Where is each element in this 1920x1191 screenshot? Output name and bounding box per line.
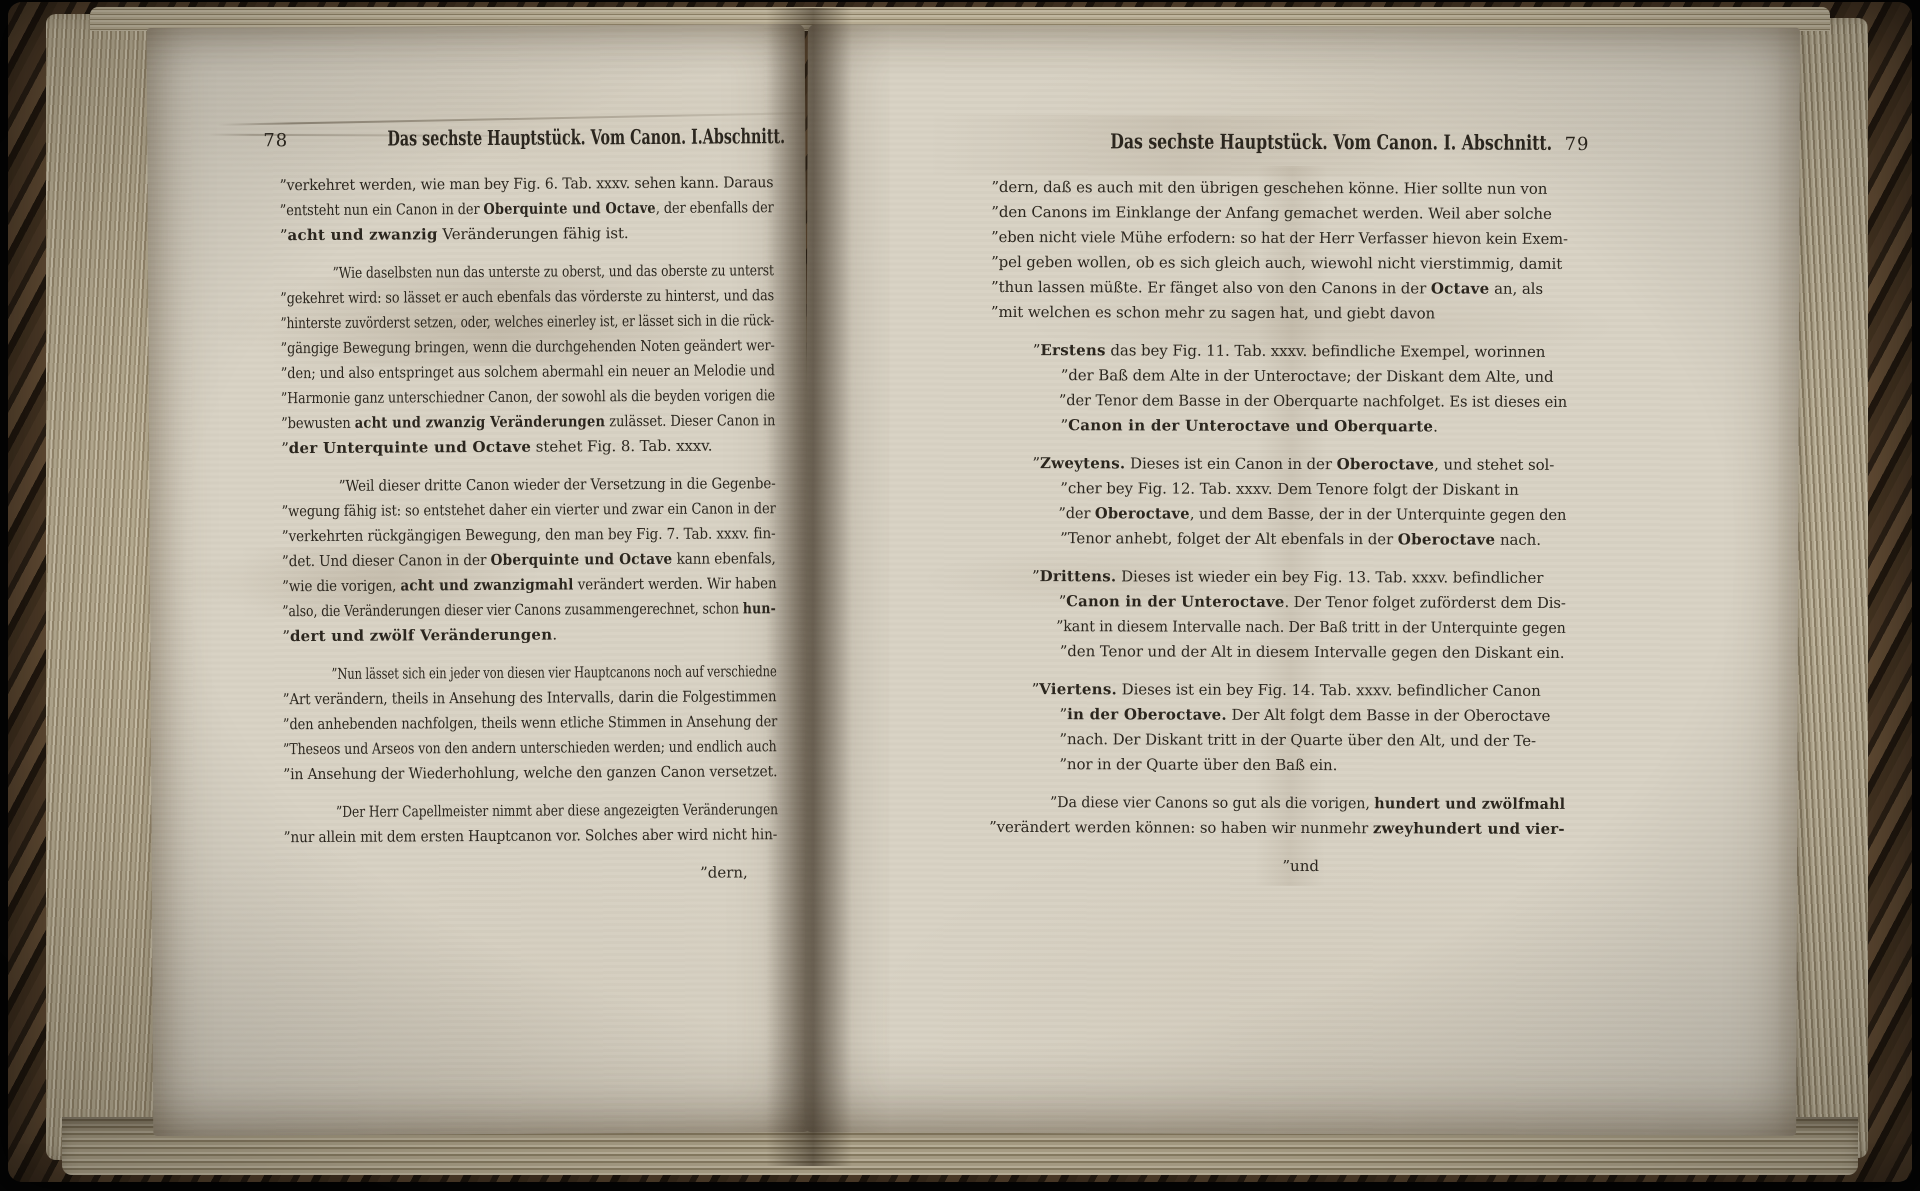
- left-page: 78 Das sechste Hauptstück. Vom Canon. I.…: [147, 24, 812, 1136]
- paragraph: ”Der Herr Capellmeister nimmt aber diese…: [283, 797, 777, 850]
- paragraph: ”Wie daselbsten nun das unterste zu ober…: [280, 258, 775, 461]
- running-title: Das sechste Hauptstück. Vom Canon. I. Ab…: [1110, 129, 1449, 154]
- text-line: ”Zweytens. Dieses ist ein Canon in der O…: [990, 451, 1566, 478]
- text-line: ”wegung fähig ist: so entstehet daher ei…: [282, 497, 710, 525]
- text-line: ”Nun lässet sich ein jeder von diesen vi…: [282, 660, 660, 687]
- text-line: ”verkehret werden, wie man bey Fig. 6. T…: [280, 170, 741, 198]
- text-line: ”Erstens das bey Fig. 11. Tab. xxxv. bef…: [991, 338, 1567, 365]
- text-line: ”thun lassen müßte. Er fänget also von d…: [991, 275, 1567, 302]
- text-line: ”Da diese vier Canons so gut als die vor…: [989, 790, 1536, 817]
- page-number: 78: [263, 130, 288, 151]
- text-line: ”nor in der Quarte über den Baß ein.: [989, 752, 1565, 779]
- text-line: ”det. Und dieser Canon in der Oberquinte…: [282, 546, 730, 574]
- text-line: ”acht und zwanzig Veränderungen fähig is…: [280, 220, 774, 248]
- paragraph: ”Zweytens. Dieses ist ein Canon in der O…: [990, 451, 1566, 553]
- text-column: 78 Das sechste Hauptstück. Vom Canon. I.…: [279, 124, 778, 888]
- text-line: ”den Tenor und der Alt in diesem Interva…: [990, 639, 1566, 666]
- text-line: ”nur allein mit dem ersten Hauptcanon vo…: [283, 822, 732, 850]
- text-line: ”in Ansehung der Wiederhohlung, welche d…: [283, 759, 739, 787]
- text-line: ”dern, daß es auch mit den übrigen gesch…: [991, 175, 1567, 202]
- text-line: ”Tenor anhebt, folget der Alt ebenfals i…: [990, 526, 1566, 553]
- paragraph: ”dern, daß es auch mit den übrigen gesch…: [991, 175, 1568, 327]
- page-number: 79: [1565, 134, 1590, 155]
- text-line: ”der Oberoctave, und dem Basse, der in d…: [990, 501, 1551, 528]
- text-line: ”Drittens. Dieses ist wieder ein bey Fig…: [990, 564, 1566, 591]
- text-line: ”pel geben wollen, ob es sich gleich auc…: [991, 250, 1567, 277]
- text-line: ”dert und zwölf Veränderungen.: [282, 621, 776, 649]
- text-line: ”verkehrten rückgängigen Bewegung, den m…: [282, 521, 727, 549]
- text-line: ”verändert werden können: so haben wir n…: [989, 815, 1561, 842]
- text-line: ”den; und also entspringet aus solchem a…: [281, 359, 708, 387]
- text-line: ”cher bey Fig. 12. Tab. xxxv. Dem Tenore…: [990, 476, 1566, 503]
- text-line: ”Wie daselbsten nun das unterste zu ober…: [280, 259, 685, 286]
- text-line: ”den Canons im Einklange der Anfang gema…: [991, 200, 1567, 227]
- text-line: ”Theseos und Arseos von den andern unter…: [283, 735, 695, 763]
- text-line: ”gängige Bewegung bringen, wenn die durc…: [281, 334, 704, 362]
- paragraph: ”Nun lässet sich ein jeder von diesen vi…: [282, 659, 777, 787]
- text-line: ”also, die Veränderungen dieser vier Can…: [282, 597, 692, 625]
- text-line: ”Viertens. Dieses ist ein bey Fig. 14. T…: [990, 677, 1566, 704]
- text-line: ”kant in diesem Intervalle nach. Der Baß…: [990, 614, 1536, 641]
- body-text: ”verkehret werden, wie man bey Fig. 6. T…: [280, 170, 778, 888]
- text-line: ”hinterste zuvörderst setzen, oder, welc…: [280, 309, 679, 336]
- body-text: ”dern, daß es auch mit den übrigen gesch…: [989, 175, 1567, 880]
- text-line: ”Art verändern, theils in Ansehung des I…: [283, 685, 721, 713]
- page-header: 78 Das sechste Hauptstück. Vom Canon. I.…: [279, 124, 773, 157]
- right-page: Das sechste Hauptstück. Vom Canon. I. Ab…: [804, 24, 1800, 1135]
- text-line: ”der Unterquinte und Octave stehet Fig. …: [281, 433, 775, 461]
- paragraph: ”verkehret werden, wie man bey Fig. 6. T…: [280, 170, 774, 248]
- text-line: ”Der Herr Capellmeister nimmt aber diese…: [283, 798, 689, 825]
- catchword: ”dern,: [284, 860, 778, 888]
- running-title: Das sechste Hauptstück. Vom Canon. I.Abs…: [387, 125, 665, 151]
- paragraph: ”Viertens. Dieses ist ein bey Fig. 14. T…: [989, 677, 1565, 779]
- text-line: ”Harmonie ganz unterschiedner Canon, der…: [281, 384, 696, 412]
- text-line: ”gekehret wird: so lässet er auch ebenfa…: [280, 284, 702, 312]
- paragraph: ”Drittens. Dieses ist wieder ein bey Fig…: [990, 564, 1566, 666]
- text-line: ”in der Oberoctave. Der Alt folgt dem Ba…: [989, 702, 1565, 729]
- text-line: ”bewusten acht und zwanzig Veränderungen…: [281, 409, 711, 437]
- paragraph: ”Da diese vier Canons so gut als die vor…: [989, 790, 1565, 842]
- text-line: ”der Tenor dem Basse in der Oberquarte n…: [991, 388, 1553, 415]
- paragraph: ”Erstens das bey Fig. 11. Tab. xxxv. bef…: [990, 338, 1566, 440]
- page-header: Das sechste Hauptstück. Vom Canon. I. Ab…: [991, 129, 1567, 161]
- text-line: ”nach. Der Diskant tritt in der Quarte ü…: [989, 727, 1565, 754]
- text-line: ”eben nicht viele Mühe erfodern: so hat …: [991, 225, 1556, 252]
- text-line: ”der Baß dem Alte in der Unteroctave; de…: [991, 363, 1567, 390]
- text-line: ”mit welchen es schon mehr zu sagen hat,…: [991, 300, 1567, 327]
- text-line: ”Canon in der Unteroctave und Oberquarte…: [990, 413, 1566, 440]
- text-column: Das sechste Hauptstück. Vom Canon. I. Ab…: [989, 129, 1568, 880]
- paragraph: ”Weil dieser dritte Canon wieder der Ver…: [281, 471, 776, 649]
- text-line: ”entsteht nun ein Canon in der Oberquint…: [280, 196, 704, 224]
- catchword: ”und: [989, 853, 1565, 880]
- text-line: ”wie die vorigen, acht und zwanzigmahl v…: [282, 572, 724, 600]
- text-line: ”Weil dieser dritte Canon wieder der Ver…: [281, 472, 723, 500]
- text-line: ”den anhebenden nachfolgen, theils wenn …: [283, 710, 710, 738]
- book-photograph: { "photo": { "background_color": "#06060…: [0, 0, 1920, 1191]
- text-line: ”Canon in der Unteroctave. Der Tenor fol…: [990, 589, 1556, 616]
